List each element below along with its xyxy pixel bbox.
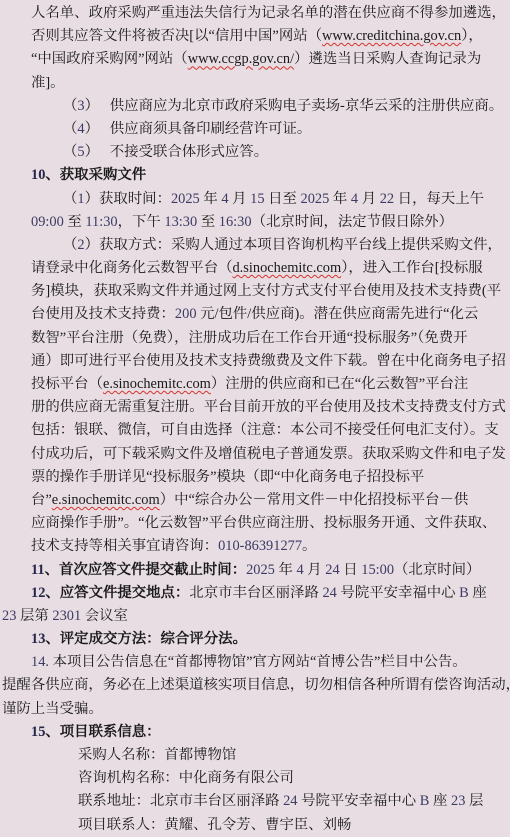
- numeral-run: 2025: [301, 191, 330, 207]
- document-line: 采购人名称：首都博物馆: [0, 744, 510, 767]
- procurement-notice-page: 人名单、政府采购严重违法失信行为记录名单的潜在供应商不得参加遴选，否则其应答文件…: [0, 0, 510, 837]
- text-run: 元/包件/供应商)。潜在供应商需先进行“化云: [197, 306, 479, 322]
- url-text: d.sinochemitc.com: [232, 260, 341, 276]
- text-run: 月: [358, 191, 380, 207]
- bold-numeral-run: 13: [31, 631, 45, 647]
- numeral-run: 24: [325, 562, 339, 578]
- numeral-run: 4: [221, 191, 228, 207]
- text-run: ，下午: [118, 214, 165, 230]
- text-run: ） 供应商须具备印刷经营许可证。: [85, 121, 312, 137]
- numeral-run: 24: [322, 585, 336, 601]
- document-line: 册的供应商无需重复注册。平台目前开放的平台使用及技术支持费支付方式: [0, 396, 510, 419]
- text-run: ），进入工作台[投标服: [341, 260, 483, 276]
- text-run: 册的供应商无需重复注册。平台目前开放的平台使用及技术支持费支付方式: [31, 399, 506, 415]
- text-run: 谨防上当受骗。: [2, 701, 103, 717]
- text-run: ）遴选当日采购人查询记录为: [294, 51, 481, 67]
- text-run: 日至: [265, 191, 301, 207]
- text-run: 联系地址：北京市丰台区丽泽路: [78, 793, 283, 809]
- document-line: （5） 不接受联合体形式应答。: [0, 141, 510, 164]
- numeral-run: 09:00: [31, 214, 64, 230]
- document-line: 09:00 至 11:30，下午 13:30 至 16:30（北京时间，法定节假…: [0, 211, 510, 234]
- document-line: 谨防上当受骗。: [0, 698, 510, 721]
- numeral-run: B: [420, 793, 430, 809]
- numeral-run: 2025: [171, 191, 200, 207]
- text-run: 采购人名称：首都博物馆: [78, 747, 236, 763]
- text-run: 。: [302, 538, 316, 554]
- numeral-run: 4: [77, 121, 84, 137]
- numeral-run: 200: [175, 306, 197, 322]
- document-line: 10、获取采购文件: [0, 164, 510, 187]
- text-run: ）获取时间：: [85, 191, 171, 207]
- numeral-run: 5: [77, 144, 84, 160]
- document-line: 票的操作手册详见“投标服务”模块（即“中化商务电子招投标平: [0, 466, 510, 489]
- document-line: 台”e.sinochemitc.com）中“综合办公－常用文件－中化招投标平台－…: [0, 489, 510, 512]
- url-text: www.creditchina.gov.cn: [322, 28, 461, 44]
- text-run: 项目联系人：黄耀、孔令芳、曹宇臣、刘畅: [78, 817, 351, 833]
- numeral-run: 1: [77, 191, 84, 207]
- text-run: ），: [461, 28, 483, 44]
- text-run: 本项目公告信息在“首都博物馆”官方网站“首博公告”栏目中公告。: [49, 654, 467, 670]
- text-run: 票的操作手册详见“投标服务”模块（即“中化商务电子招投标平: [31, 469, 424, 485]
- text-run: “中国政府采购网”网站（: [31, 51, 188, 67]
- text-run: 准]。: [31, 75, 65, 91]
- numeral-run: 15: [250, 191, 264, 207]
- document-line: 项目联系人：黄耀、孔令芳、曹宇臣、刘畅: [0, 814, 510, 837]
- numeral-run: 2025: [246, 562, 275, 578]
- bold-text-run: 、项目联系信息：: [45, 724, 160, 740]
- text-run: ）注册的供应商和已在“化云数智”平台注: [211, 376, 468, 392]
- text-run: （: [63, 98, 77, 114]
- numeral-run: 15:00: [361, 562, 394, 578]
- numeral-run: 23: [451, 793, 465, 809]
- document-line: 11、首次应答文件提交截止时间：2025 年 4 月 24 日 15:00（北京…: [0, 559, 510, 582]
- text-run: 台”: [31, 492, 52, 508]
- text-run: 座: [469, 585, 487, 601]
- text-run: ） 不接受联合体形式应答。: [85, 144, 268, 160]
- document-line: 投标平台（e.sinochemitc.com）注册的供应商和已在“化云数智”平台…: [0, 373, 510, 396]
- document-line: 付成功后，可下载采购文件及增值税电子普通发票。获取采购文件和电子发: [0, 443, 510, 466]
- text-run: （北京时间）: [394, 562, 480, 578]
- text-run: 技术支持等相关事宜请咨询：: [31, 538, 218, 554]
- document-line: 技术支持等相关事宜请咨询：010-86391277。: [0, 535, 510, 558]
- document-line: 应商操作手册”。“化云数智”平台供应商注册、投标服务开通、文件获取、: [0, 512, 510, 535]
- text-run: 通）即可进行平台使用及技术支持费缴费及文件下载。曾在中化商务电子招: [31, 353, 506, 369]
- document-line: 15、项目联系信息：: [0, 721, 510, 744]
- text-run: 否则其应答文件将被否决[以“信用中国”网站（: [31, 28, 322, 44]
- text-run: 务]模块，获取采购文件并通过网上支付方式支付平台使用及技术支持费(平: [31, 283, 501, 299]
- text-run: 北京市丰台区丽泽路: [189, 585, 322, 601]
- text-run: ） 供应商应为北京市政府采购电子卖场-京华云采的注册供应商。: [85, 98, 504, 114]
- document-line: 否则其应答文件将被否决[以“信用中国”网站（www.creditchina.go…: [0, 25, 510, 48]
- bold-numeral-run: 11: [31, 562, 45, 578]
- document-line: 请登录中化商务化云数智平台（d.sinochemitc.com），进入工作台[投…: [0, 257, 510, 280]
- document-line: “中国政府采购网”网站（www.ccgp.gov.cn/）遴选当日采购人查询记录…: [0, 48, 510, 71]
- numeral-run: 3: [77, 98, 84, 114]
- bold-numeral-run: 15: [31, 724, 45, 740]
- text-run: 层: [465, 793, 483, 809]
- text-run: 咨询机构名称：中化商务有限公司: [78, 770, 294, 786]
- text-run: 年: [200, 191, 222, 207]
- document-line: 台使用及技术支持费：200 元/包件/供应商)。潜在供应商需先进行“化云: [0, 303, 510, 326]
- document-line: （3） 供应商应为北京市政府采购电子卖场-京华云采的注册供应商。: [0, 95, 510, 118]
- bold-text-run: 、首次应答文件提交截止时间：: [45, 562, 246, 578]
- bold-text-run: 、评定成交方法：综合评分法。: [45, 631, 246, 647]
- text-run: 投标平台（: [31, 376, 103, 392]
- numeral-run: 16:30: [219, 214, 252, 230]
- numeral-run: 4: [296, 562, 303, 578]
- text-run: 请登录中化商务化云数智平台（: [31, 260, 232, 276]
- url-text: e.sinochemitc.com: [52, 492, 160, 508]
- document-line: （1）获取时间：2025 年 4 月 15 日至 2025 年 4 月 22 日…: [0, 188, 510, 211]
- numeral-run: 2: [77, 237, 84, 253]
- document-line: 13、评定成交方法：综合评分法。: [0, 628, 510, 651]
- text-run: 提醒各供应商，务必在上述渠道核实项目信息，切勿相信各种所谓有偿咨询活动，: [2, 677, 510, 693]
- url-text: www.ccgp.gov.cn/: [188, 51, 294, 67]
- text-run: 台使用及技术支持费：: [31, 306, 175, 322]
- text-run: 会议室: [81, 608, 128, 624]
- text-run: ）获取方式：采购人通过本项目咨询机构平台线上提供采购文件，: [85, 237, 502, 253]
- numeral-run: 22: [380, 191, 394, 207]
- text-run: （: [63, 121, 77, 137]
- text-run: 号院平安幸福中心: [337, 585, 459, 601]
- document-line: 准]。: [0, 72, 510, 95]
- text-run: 人名单、政府采购严重违法失信行为记录名单的潜在供应商不得参加遴选，: [31, 5, 506, 21]
- document-line: 包括：银联、微信，可自由选择（注意：本公司不接受任何电汇支付）。支: [0, 419, 510, 442]
- text-run: 付成功后，可下载采购文件及增值税电子普通发票。获取采购文件和电子发: [31, 446, 506, 462]
- document-line: 通）即可进行平台使用及技术支持费缴费及文件下载。曾在中化商务电子招: [0, 350, 510, 373]
- bold-numeral-run: 12: [31, 585, 45, 601]
- text-run: 数智”平台注册（免费），注册成功后在工作台开通“投标服务”（免费开: [31, 330, 467, 346]
- numeral-run: 13:30: [164, 214, 197, 230]
- text-run: （北京时间，法定节假日除外）: [252, 214, 453, 230]
- text-run: 座: [429, 793, 451, 809]
- numeral-run: 24: [283, 793, 297, 809]
- document-line: 14. 本项目公告信息在“首都博物馆”官方网站“首博公告”栏目中公告。: [0, 651, 510, 674]
- text-run: 年: [329, 191, 351, 207]
- text-run: 日: [340, 562, 362, 578]
- url-text: e.sinochemitc.com: [103, 376, 211, 392]
- numeral-run: 23: [2, 608, 16, 624]
- bold-text-run: 、获取采购文件: [45, 167, 146, 183]
- text-run: 至: [64, 214, 86, 230]
- bold-numeral-run: 10: [31, 167, 45, 183]
- numeral-run: B: [459, 585, 469, 601]
- document-line: 务]模块，获取采购文件并通过网上支付方式支付平台使用及技术支持费(平: [0, 280, 510, 303]
- text-run: 日，每天上午: [394, 191, 484, 207]
- text-run: 号院平安幸福中心: [297, 793, 419, 809]
- document-line: 数智”平台注册（免费），注册成功后在工作台开通“投标服务”（免费开: [0, 327, 510, 350]
- text-run: （: [63, 144, 77, 160]
- numeral-run: 2301: [52, 608, 81, 624]
- text-run: （: [63, 191, 77, 207]
- text-run: 应商操作手册”。“化云数智”平台供应商注册、投标服务开通、文件获取、: [31, 515, 496, 531]
- document-line: 23 层第 2301 会议室: [0, 605, 510, 628]
- numeral-run: 11:30: [85, 214, 117, 230]
- numeral-run: 14.: [31, 654, 49, 670]
- text-run: 月: [229, 191, 251, 207]
- text-run: 至: [197, 214, 219, 230]
- text-run: 包括：银联、微信，可自由选择（注意：本公司不接受任何电汇支付）。支: [31, 422, 499, 438]
- text-run: 层第: [16, 608, 52, 624]
- text-run: 年: [275, 562, 297, 578]
- text-run: ）中“综合办公－常用文件－中化招投标平台－供: [160, 492, 469, 508]
- document-line: 12、应答文件提交地点：北京市丰台区丽泽路 24 号院平安幸福中心 B 座: [0, 582, 510, 605]
- document-line: （2）获取方式：采购人通过本项目咨询机构平台线上提供采购文件，: [0, 234, 510, 257]
- numeral-run: 010-86391277: [218, 538, 302, 554]
- document-line: （4） 供应商须具备印刷经营许可证。: [0, 118, 510, 141]
- text-run: 月: [304, 562, 326, 578]
- document-line: 提醒各供应商，务必在上述渠道核实项目信息，切勿相信各种所谓有偿咨询活动，: [0, 674, 510, 697]
- text-run: （: [63, 237, 77, 253]
- numeral-run: 4: [351, 191, 358, 207]
- document-line: 人名单、政府采购严重违法失信行为记录名单的潜在供应商不得参加遴选，: [0, 2, 510, 25]
- document-line: 咨询机构名称：中化商务有限公司: [0, 767, 510, 790]
- bold-text-run: 、应答文件提交地点：: [45, 585, 189, 601]
- procurement-notice-document: 人名单、政府采购严重违法失信行为记录名单的潜在供应商不得参加遴选，否则其应答文件…: [0, 2, 510, 837]
- document-line: 联系地址：北京市丰台区丽泽路 24 号院平安幸福中心 B 座 23 层: [0, 790, 510, 813]
